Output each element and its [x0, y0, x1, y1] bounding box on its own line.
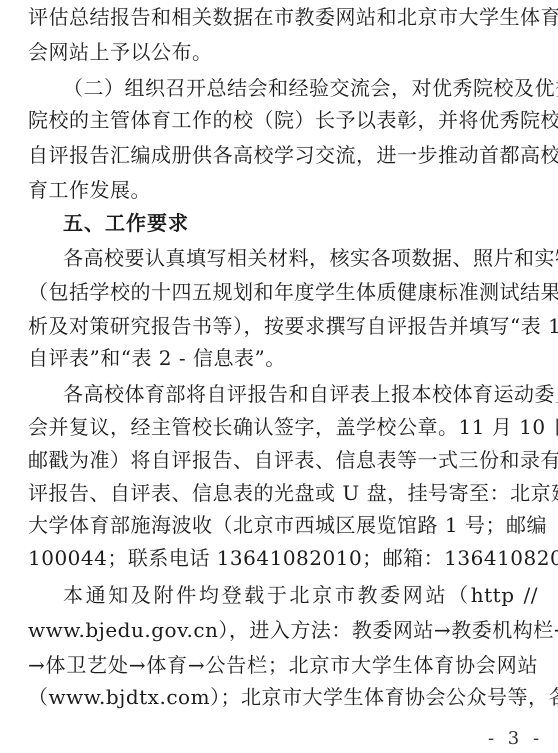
text-line: 析及对策研究报告书等），按要求撰写自评报告并填写“表 1 - — [28, 313, 538, 339]
text-line: 本通知及附件均登载于北京市教委网站（http // — [63, 582, 538, 608]
text-line: 育工作发展。 — [28, 177, 538, 203]
text-line: 自评报告汇编成册供各高校学习交流，进一步推动首都高校体 — [28, 142, 538, 168]
section-heading: 五、工作要求 — [63, 210, 189, 236]
document-page: 评估总结报告和相关数据在市教委网站和北京市大学生体育协 会网站上予以公布。 （二… — [0, 0, 558, 753]
text-line: 大学体育部施海波收（北京市西城区展览馆路 1 号；邮编 — [28, 512, 538, 538]
text-line: 会网站上予以公布。 — [28, 39, 538, 65]
text-line: 会并复议，经主管校长确认签字，盖学校公章。11 月 10 日前（以 — [28, 414, 538, 440]
text-line: （二）组织召开总结会和经验交流会，对优秀院校及优秀 — [63, 75, 538, 101]
text-line: 自评表”和“表 2 - 信息表”。 — [28, 345, 538, 371]
text-line: 各高校要认真填写相关材料，核实各项数据、照片和实物 — [63, 245, 538, 271]
text-line: 评报告、自评表、信息表的光盘或 U 盘，挂号寄至：北京建筑 — [28, 480, 538, 506]
page-number: - 3 - — [488, 728, 543, 750]
text-line: →体卫艺处→体育→公告栏；北京市大学生体育协会网站 — [28, 652, 538, 678]
text-line: （包括学校的十四五规划和年度学生体质健康标准测试结果分 — [28, 279, 538, 305]
text-line: （www.bjdtx.com）；北京市大学生体育协会公众号等，各高校 — [28, 684, 538, 710]
text-line: 邮戳为准）将自评报告、自评表、信息表等一式三份和录有自 — [28, 447, 538, 473]
text-line: 100044；联系电话 13641082010；邮箱：13641082010@1… — [28, 545, 538, 571]
text-line: 各高校体育部将自评报告和自评表上报本校体育运动委员 — [63, 381, 538, 407]
text-line: www.bjedu.gov.cn），进入方法：教委网站→教委机构栏→处室 — [28, 617, 538, 643]
text-line: 评估总结报告和相关数据在市教委网站和北京市大学生体育协 — [28, 4, 538, 30]
text-line: 院校的主管体育工作的校（院）长予以表彰，并将优秀院校的 — [28, 107, 538, 133]
